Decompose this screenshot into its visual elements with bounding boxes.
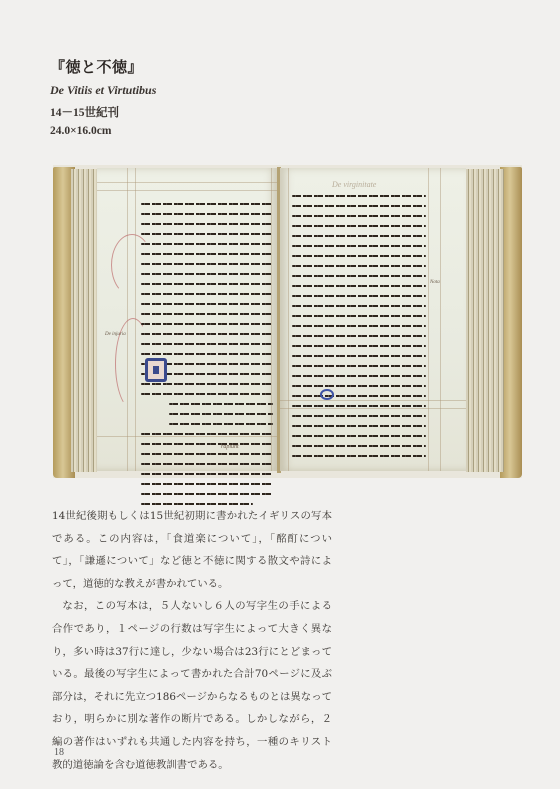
ruling-line [97,190,278,191]
book-dimensions: 24.0×16.0cm [50,125,156,137]
book-title: 『徳と不徳』 [50,56,156,77]
page-number: 18 [54,747,64,758]
publication-date: 14－15世紀刊 [50,104,156,120]
right-page-edges [466,169,504,472]
left-page-edges [71,169,97,472]
marginal-note: De injuria [105,332,126,337]
open-book: De injuria rapiunt De virginitate [53,165,522,478]
running-head: De virginitate [332,180,376,189]
ruling-line [440,168,441,471]
ruling-line [428,168,429,471]
illuminated-initial [145,358,167,382]
right-page: De virginitate Nota [280,168,466,471]
right-text-block [292,195,426,465]
description-text: 14世紀後期もしくは15世紀初期に書かれたイギリスの写本である。この内容は，「食… [52,505,332,776]
margin-note: Nota [430,280,440,285]
paragraph-1: 14世紀後期もしくは15世紀初期に書かれたイギリスの写本である。この内容は，「食… [52,505,332,595]
left-page: De injuria rapiunt [97,168,278,471]
ruling-line [97,182,278,183]
paragraph-2: なお，この写本は，５人ないし６人の写字生の手による合作であり，１ページの行数は写… [52,595,332,776]
latin-title: De Vitiis et Virtutibus [50,83,156,98]
entry-header: 『徳と不徳』 De Vitiis et Virtutibus 14－15世紀刊 … [50,56,156,142]
manuscript-photo: De injuria rapiunt De virginitate [53,165,522,478]
catchword: rapiunt [221,444,239,450]
blue-initial-q [320,389,334,400]
ruling-line [288,168,289,471]
